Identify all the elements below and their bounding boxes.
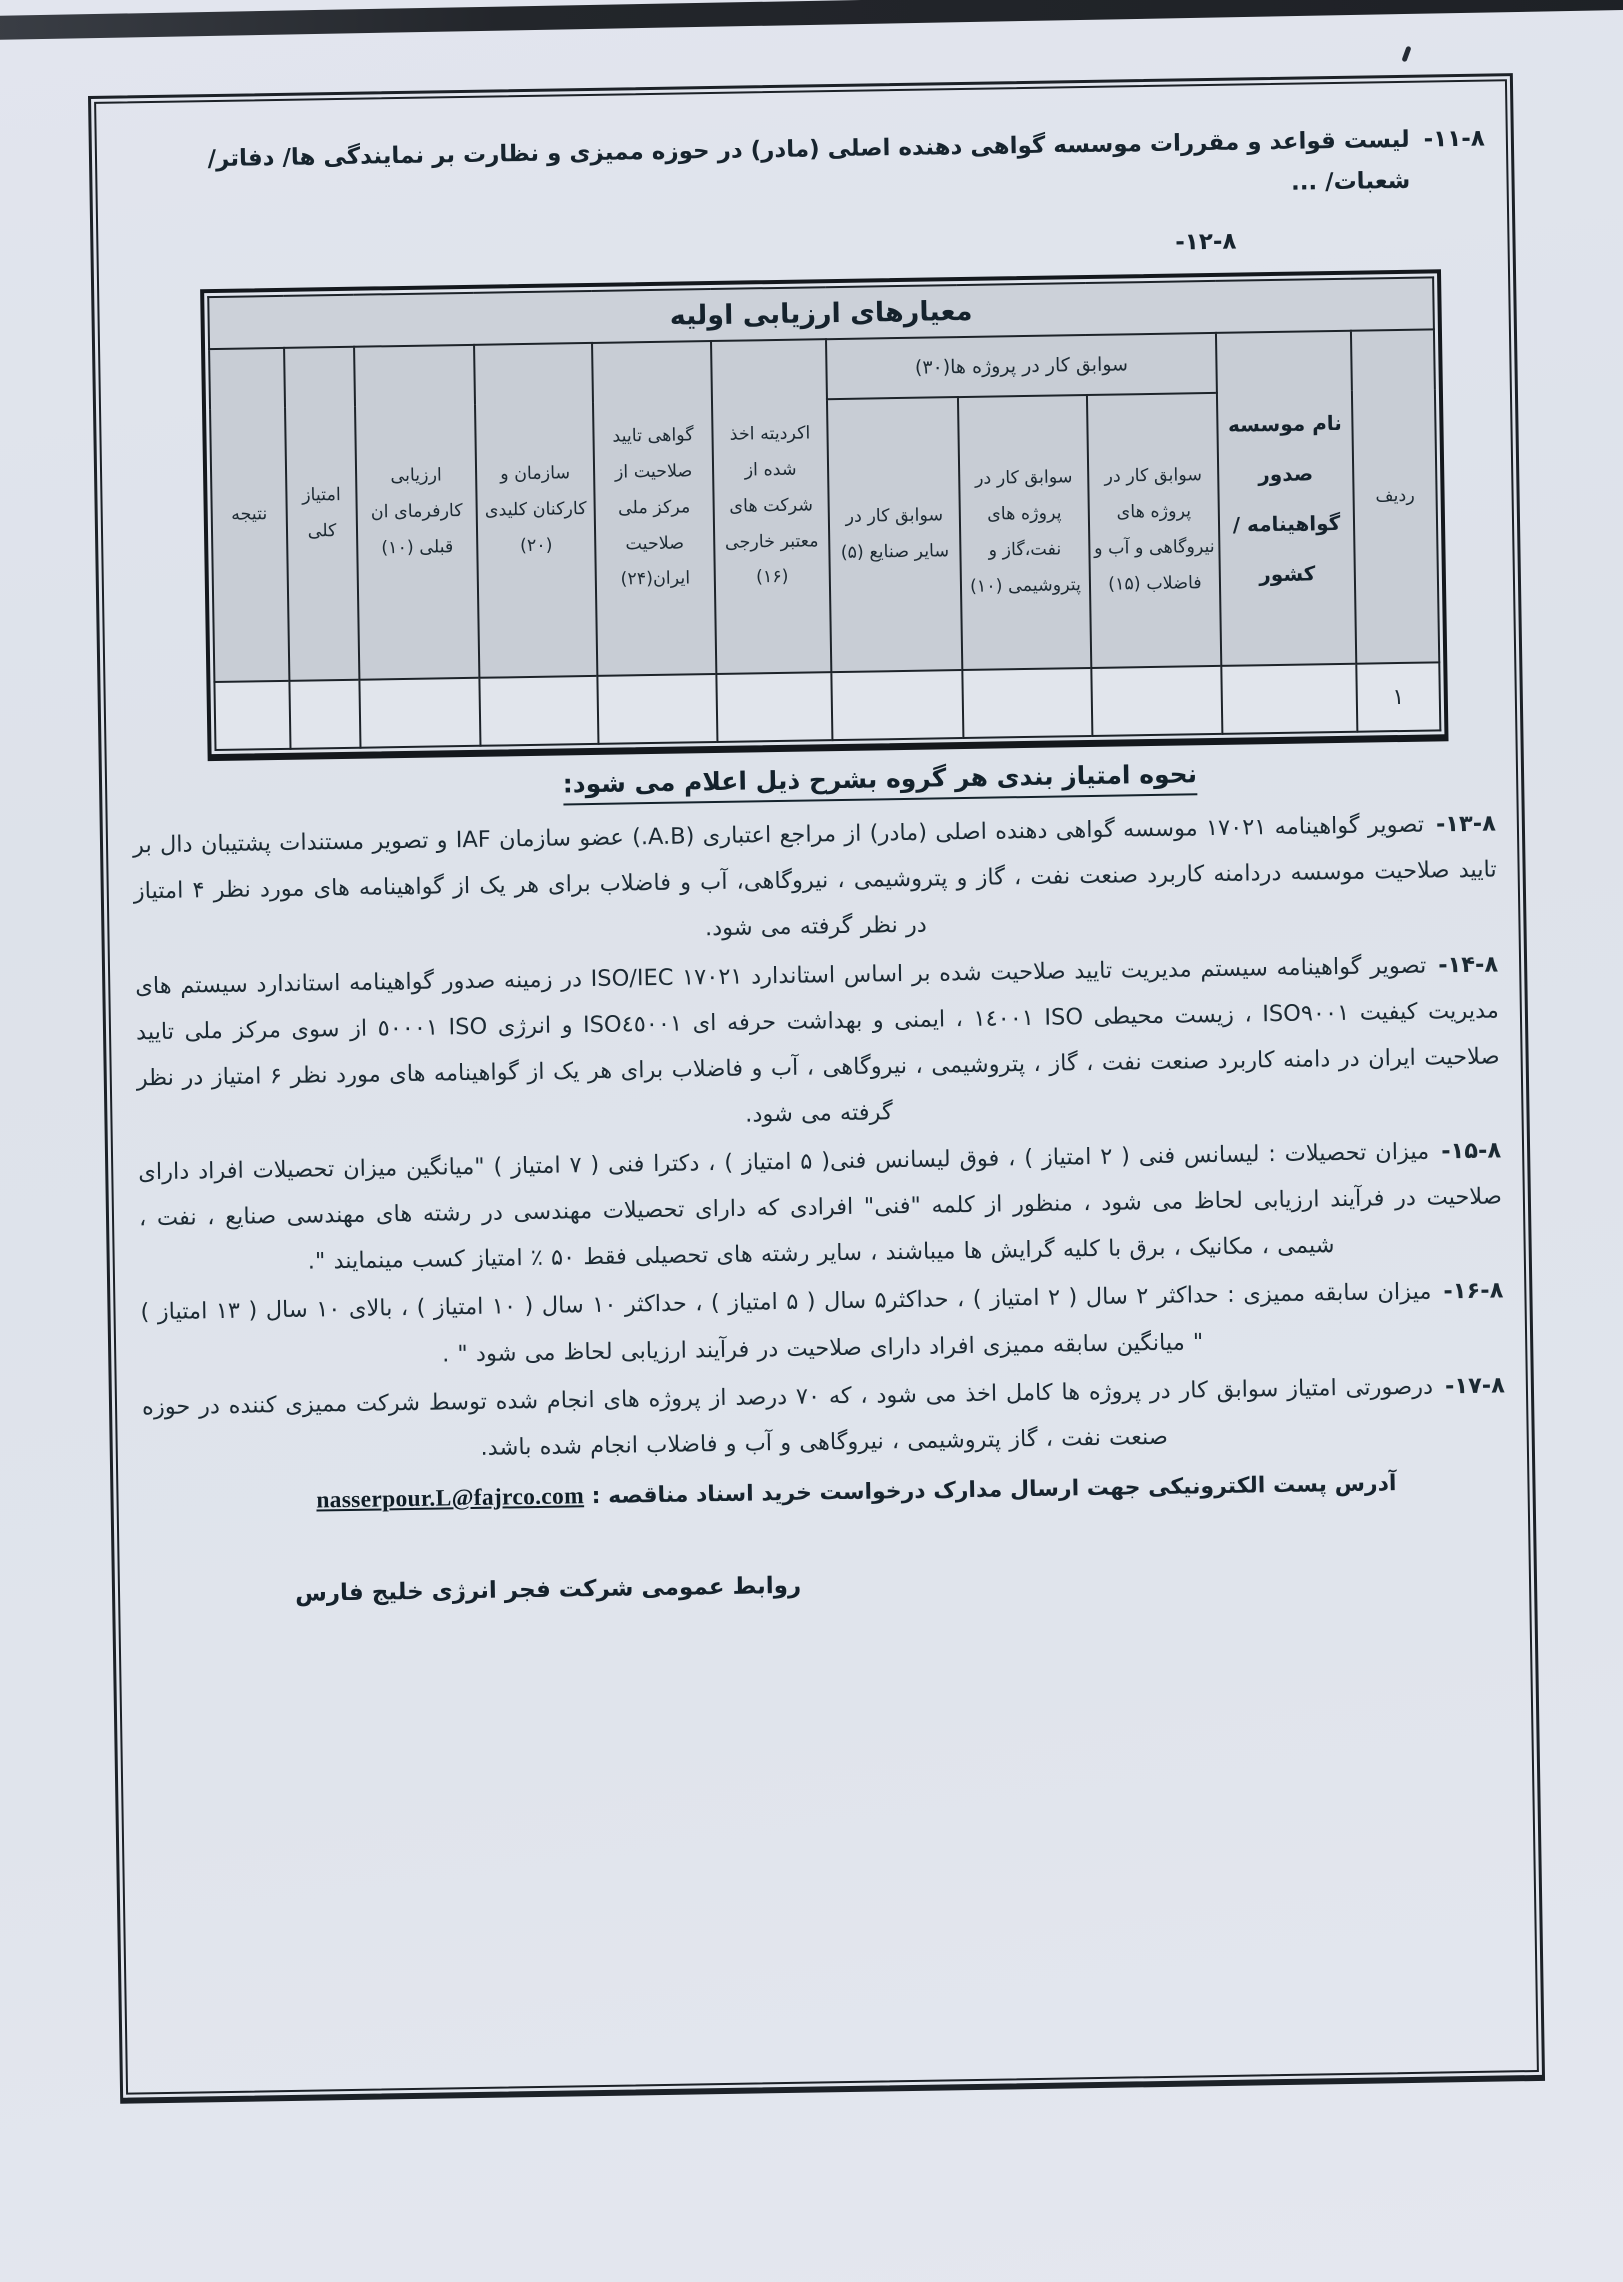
col-header-oil-gas-projects: سوابق کار در پروژه های نفت،گاز و پتروشیم… (958, 395, 1091, 670)
clause-11-8: ۱۱-۸- لیست قواعد و مقررات موسسه گواهی ده… (122, 119, 1486, 224)
scanned-page: ۱۱-۸- لیست قواعد و مقررات موسسه گواهی ده… (0, 0, 1623, 2282)
col-header-organization: سازمان و کارکنان کلیدی (۲۰) (474, 343, 597, 678)
col-header-total-score: امتیاز کلی (284, 347, 359, 681)
item-number: ۱۴-۸- (1426, 951, 1498, 978)
cell-total (289, 680, 360, 749)
clause-text: لیست قواعد و مقررات موسسه گواهی دهنده اص… (122, 120, 1411, 223)
item-number: ۱۵-۸- (1429, 1137, 1501, 1164)
col-header-result: نتیجه (209, 348, 289, 682)
email-label: آدرس پست الکترونیکی جهت ارسال مدارک درخو… (591, 1471, 1396, 1509)
item-number: ۱۶-۸- (1431, 1278, 1503, 1305)
cell-radif: ۱ (1356, 663, 1440, 732)
col-header-radif: ردیف (1351, 330, 1439, 664)
clause-text (1161, 223, 1162, 264)
cell-power (1091, 666, 1222, 736)
col-header-accreditation: اکردیته اخذ شده از شرکت های معتبر خارجی … (711, 339, 831, 674)
cell-other (831, 670, 963, 740)
item-text: تصویر گواهینامه سیستم مدیریت تایید صلاحی… (135, 952, 1500, 1127)
scoring-item-13-8: ۱۳-۸-تصویر گواهینامه ۱۷۰۲۱ موسسه گواهی د… (133, 801, 1498, 961)
criteria-table-frame: معیارهای ارزیابی اولیه ردیف نام موسسه صد… (200, 269, 1448, 761)
item-number: ۱۳-۸- (1424, 811, 1496, 838)
cell-oil (962, 668, 1092, 738)
item-text: میزان تحصیلات : لیسانس فنی ( ۲ امتیاز ) … (138, 1139, 1502, 1275)
col-group-project-experience: سوابق کار در پروژه ها(۳۰) (826, 333, 1217, 399)
clause-number: ۱۲-۸- (1175, 221, 1237, 263)
scan-edge-artifact (0, 0, 1623, 40)
signature: روابط عمومی شرکت فجر انرژی خلیج فارس (295, 1573, 801, 1607)
item-text: میزان سابقه ممیزی : حداکثر ۲ سال ( ۲ امت… (140, 1279, 1431, 1367)
clause-12-8: ۱۲-۸- (123, 221, 1237, 280)
col-header-power-projects: سوابق کار در پروژه های نیروگاهی و آب و ف… (1087, 393, 1221, 668)
scoring-item-15-8: ۱۵-۸-میزان تحصیلات : لیسانس فنی ( ۲ امتی… (138, 1127, 1503, 1287)
scoring-list: ۱۳-۸-تصویر گواهینامه ۱۷۰۲۱ موسسه گواهی د… (133, 801, 1506, 1477)
cell-org (479, 676, 598, 746)
scoring-item-14-8: ۱۴-۸-تصویر گواهینامه سیستم مدیریت تایید … (135, 941, 1501, 1147)
ink-mark (1401, 46, 1411, 63)
cell-nat-cert (597, 674, 717, 744)
cell-name (1221, 664, 1357, 734)
item-text: درصورتی امتیاز سوابق کار در پروژه ها کام… (142, 1373, 1433, 1460)
cell-result (214, 681, 290, 750)
criteria-table: معیارهای ارزیابی اولیه ردیف نام موسسه صد… (207, 277, 1441, 752)
col-header-employer-eval: ارزیابی کارفرمای ان قبلی (۱۰) (354, 345, 479, 680)
item-text: تصویر گواهینامه ۱۷۰۲۱ موسسه گواهی دهنده … (133, 812, 1497, 942)
scoring-item-17-8: ۱۷-۸-درصورتی امتیاز سوابق کار در پروژه ه… (142, 1362, 1506, 1476)
clause-number: ۱۱-۸- (1423, 119, 1486, 203)
document-frame: ۱۱-۸- لیست قواعد و مقررات موسسه گواهی ده… (88, 73, 1545, 2104)
col-header-other-industries: سوابق کار در سایر صنایع (۵) (827, 397, 962, 672)
scoring-heading: نحوه امتیاز بندی هر گروه بشرح ذیل اعلام … (563, 759, 1198, 805)
col-header-national-cert: گواهی تایید صلاحیت از مرکز ملی صلاحیت ای… (592, 341, 716, 676)
item-number: ۱۷-۸- (1433, 1372, 1505, 1399)
email-address[interactable]: nasserpour.L@fajrco.com (316, 1483, 584, 1513)
cell-accredit (716, 672, 832, 742)
col-header-institute-name: نام موسسه صدور گواهینامه / کشور (1216, 331, 1356, 666)
cell-employer-eval (359, 678, 480, 748)
